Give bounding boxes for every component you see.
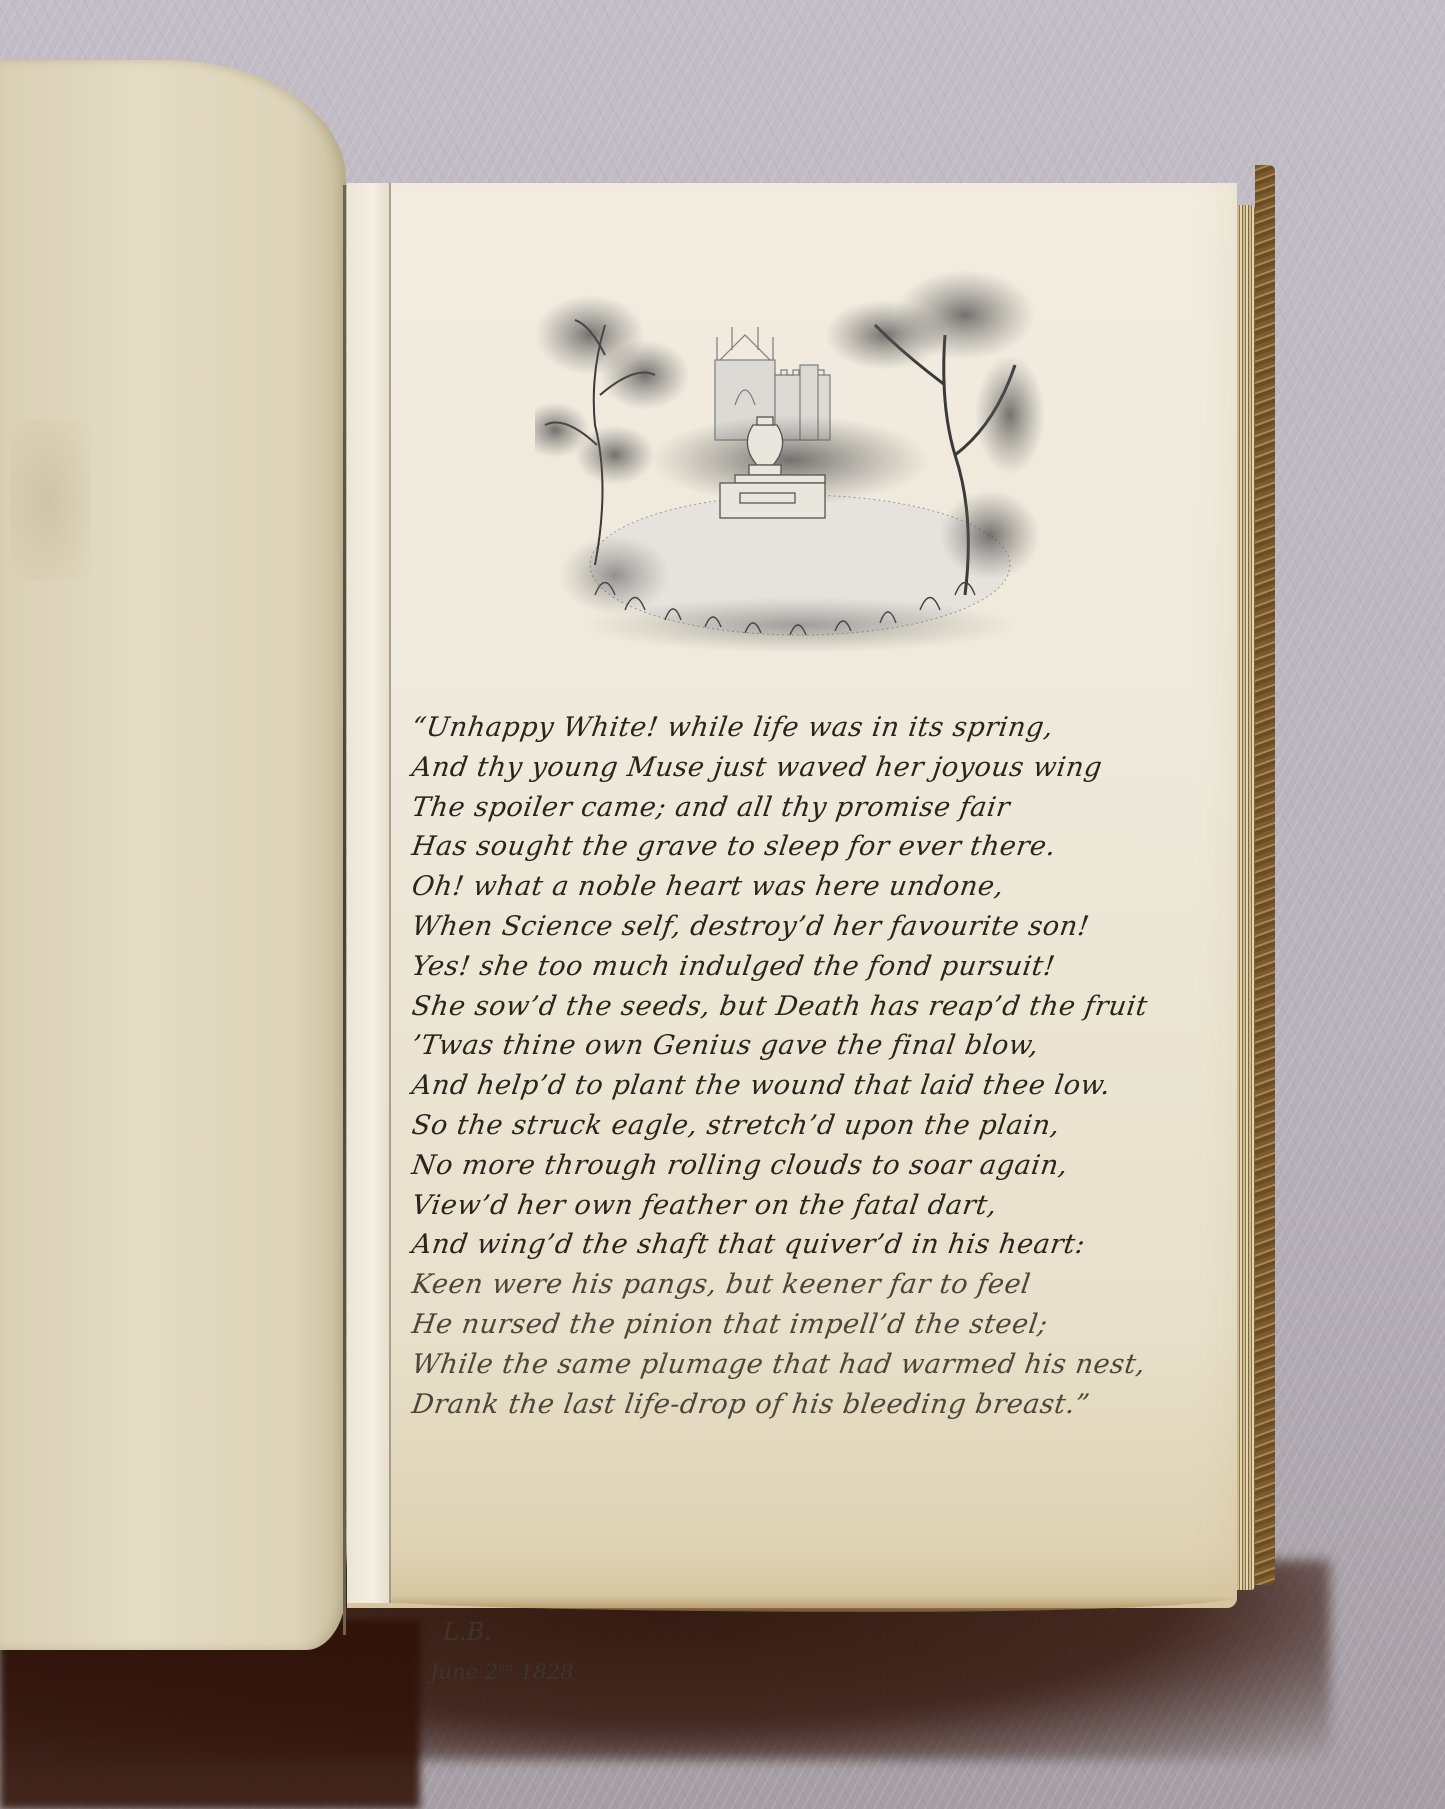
poem-line: She sow’d the seeds, but Death has reap’…: [409, 987, 1245, 1027]
poem-line: While the same plumage that had warmed h…: [409, 1345, 1245, 1385]
poem-line: When Science self, destroy’d her favouri…: [409, 907, 1245, 947]
poem-line: View’d her own feather on the fatal dart…: [409, 1186, 1245, 1226]
poem-line: Oh! what a noble heart was here undone,: [409, 867, 1245, 907]
poem-line: And wing’d the shaft that quiver’d in hi…: [409, 1225, 1245, 1265]
poem-line: The spoiler came; and all thy promise fa…: [409, 788, 1245, 828]
poem-line: He nursed the pinion that impell’d the s…: [409, 1305, 1245, 1345]
pencil-vignette-illustration: [535, 265, 1045, 670]
date-ordinal: nd: [498, 1660, 513, 1674]
left-page-blank: [0, 60, 346, 1650]
leather-cover-edge: [1255, 165, 1275, 1585]
poem-line: Has sought the grave to sleep for ever t…: [409, 827, 1245, 867]
signature-initials: L.B.: [443, 1618, 492, 1646]
poem-line: Keen were his pangs, but keener far to f…: [409, 1265, 1245, 1305]
signature-date: June 2nd 1828: [430, 1660, 574, 1684]
poem-line: ’Twas thine own Genius gave the final bl…: [409, 1026, 1245, 1066]
date-prefix: June 2: [430, 1660, 498, 1684]
date-year: 1828: [520, 1660, 573, 1684]
handwritten-poem: “Unhappy White! while life was in its sp…: [412, 708, 1242, 1424]
poem-line: No more through rolling clouds to soar a…: [409, 1146, 1245, 1186]
paper-stain: [10, 420, 90, 580]
poem-line: Yes! she too much indulged the fond purs…: [409, 947, 1245, 987]
poem-line: So the struck eagle, stretch’d upon the …: [409, 1106, 1245, 1146]
book-gutter: [343, 185, 346, 1635]
poem-line: And thy young Muse just waved her joyous…: [409, 748, 1245, 788]
poem-line: Drank the last life-drop of his bleeding…: [409, 1385, 1245, 1425]
margin-rule: [389, 183, 391, 1603]
poem-line: “Unhappy White! while life was in its sp…: [409, 708, 1245, 748]
page-fold-strip: [347, 183, 389, 1603]
poem-line: And help’d to plant the wound that laid …: [409, 1066, 1245, 1106]
